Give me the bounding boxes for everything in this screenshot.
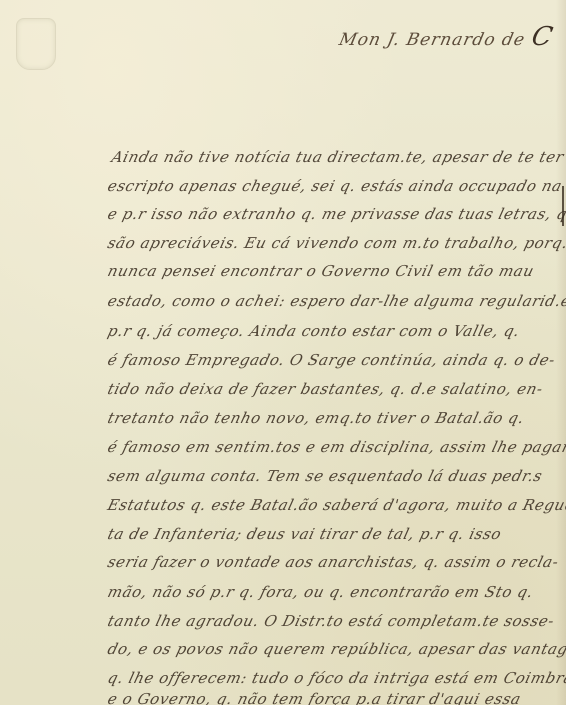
handwritten-line: seria fazer o vontade aos anarchistas, q… (106, 553, 561, 571)
handwritten-line: e o Governo, q. não tem força p.a tirar … (106, 690, 523, 705)
handwritten-line: p.r q. já começo. Ainda conto estar com … (106, 322, 522, 340)
handwritten-line: são apreciáveis. Eu cá vivendo com m.to … (106, 234, 566, 252)
handwritten-line: é famoso Empregado. O Sarge continúa, ai… (106, 351, 557, 369)
letter-salutation: Mon J. Bernardo de C (337, 22, 556, 52)
letter-page: Mon J. Bernardo de C Ainda não tive notí… (0, 0, 566, 705)
handwritten-line: Ainda não tive notícia tua directam.te, … (110, 148, 566, 166)
handwritten-line: e p.r isso não extranho q. me privasse d… (106, 205, 566, 223)
handwritten-line: tanto lhe agradou. O Distr.to está compl… (106, 612, 557, 630)
handwritten-line: ta de Infanteria; deus vai tirar de tal,… (106, 525, 504, 543)
embossed-stamp-mark (16, 18, 56, 70)
handwritten-line: tretanto não tenho novo, emq.to tiver o … (106, 409, 527, 427)
salutation-text: Mon J. Bernardo de (337, 30, 527, 50)
handwritten-line: Estatutos q. este Batal.ão saberá d'agor… (106, 496, 566, 514)
handwritten-line: é famoso em sentim.tos e em disciplina, … (106, 438, 566, 456)
handwritten-line: q. lhe offerecem: tudo o fóco da intriga… (106, 669, 566, 687)
handwritten-line: escripto apenas chegué, sei q. estás ain… (106, 177, 566, 195)
handwritten-line: mão, não só p.r q. fora, ou q. encontrar… (106, 583, 536, 601)
handwritten-line: tido não deixa de fazer bastantes, q. d.… (106, 380, 545, 398)
page-edge-shadow (556, 0, 566, 705)
handwritten-line: do, e os povos não querem república, ape… (106, 640, 566, 658)
handwritten-line: estado, como o achei: espero dar-lhe alg… (106, 292, 566, 310)
salutation-initial: C (529, 22, 556, 52)
handwritten-line: sem alguma conta. Tem se esquentado lá d… (106, 467, 545, 485)
handwritten-line: nunca pensei encontrar o Governo Civil e… (106, 262, 536, 280)
